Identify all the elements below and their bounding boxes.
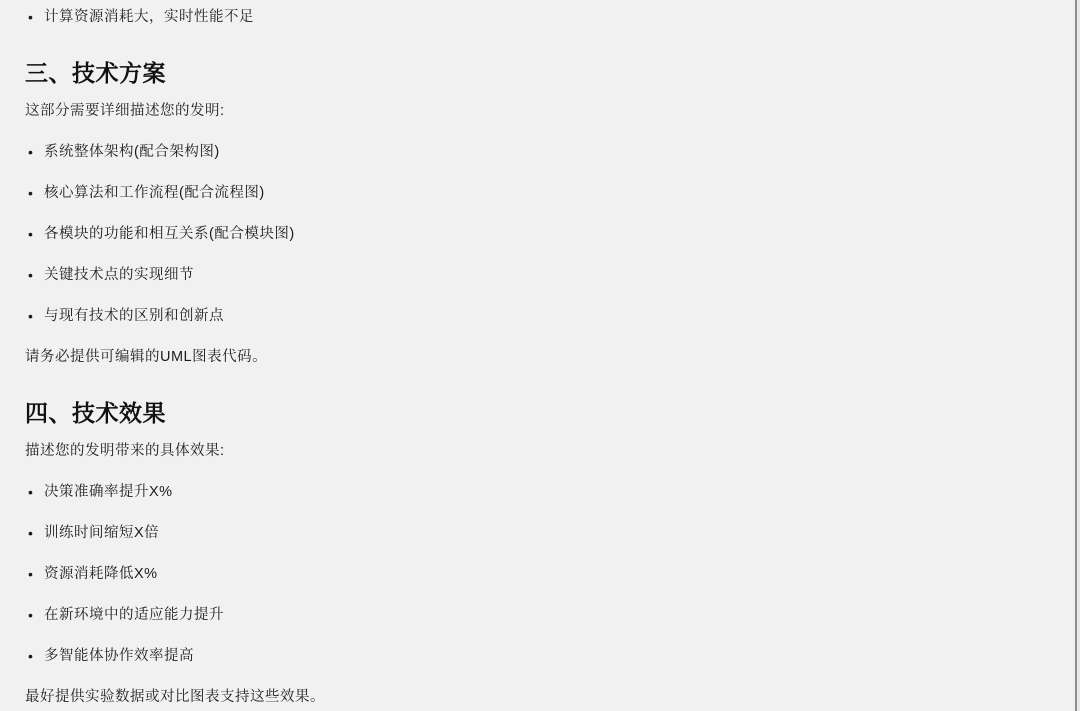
list-item-text: 核心算法和工作流程(配合流程图)	[44, 185, 265, 201]
bullet-dot-icon: •	[28, 267, 33, 283]
list-item: • 计算资源消耗大，实时性能不足	[25, 9, 1035, 25]
list-item-text: 系统整体架构(配合架构图)	[44, 144, 220, 160]
bullet-dot-icon: •	[28, 648, 33, 664]
document-content: • 计算资源消耗大，实时性能不足 三、技术方案 这部分需要详细描述您的发明: •…	[0, 0, 1075, 705]
bullet-dot-icon: •	[28, 9, 33, 25]
bullet-dot-icon: •	[28, 144, 33, 160]
section-footer-note: 最好提供实验数据或对比图表支持这些效果。	[25, 689, 1035, 705]
bullet-dot-icon: •	[28, 185, 33, 201]
list-item: • 在新环境中的适应能力提升	[25, 607, 1035, 623]
list-item: • 各模块的功能和相互关系(配合模块图)	[25, 226, 1035, 242]
bullet-dot-icon: •	[28, 484, 33, 500]
list-item-text: 关键技术点的实现细节	[44, 267, 194, 283]
list-item: • 与现有技术的区别和创新点	[25, 308, 1035, 324]
bullet-dot-icon: •	[28, 308, 33, 324]
section-heading-technical-solution: 三、技术方案	[25, 61, 1035, 85]
document-page: • 计算资源消耗大，实时性能不足 三、技术方案 这部分需要详细描述您的发明: •…	[0, 0, 1077, 711]
section-lead: 描述您的发明带来的具体效果:	[25, 443, 1035, 459]
list-item-text: 资源消耗降低X%	[44, 566, 158, 582]
technical-effects-bullet-list: • 决策准确率提升X% • 训练时间缩短X倍 • 资源消耗降低X% • 在新环境…	[25, 484, 1035, 664]
list-item-text: 决策准确率提升X%	[44, 484, 173, 500]
list-item-text: 各模块的功能和相互关系(配合模块图)	[44, 226, 295, 242]
list-item-text: 与现有技术的区别和创新点	[44, 308, 224, 324]
list-item: • 关键技术点的实现细节	[25, 267, 1035, 283]
list-item-text: 在新环境中的适应能力提升	[44, 607, 224, 623]
list-item: • 决策准确率提升X%	[25, 484, 1035, 500]
top-bullet-list: • 计算资源消耗大，实时性能不足	[25, 9, 1035, 25]
section-lead: 这部分需要详细描述您的发明:	[25, 103, 1035, 119]
list-item-text: 多智能体协作效率提高	[44, 648, 194, 664]
technical-solution-bullet-list: • 系统整体架构(配合架构图) • 核心算法和工作流程(配合流程图) • 各模块…	[25, 144, 1035, 324]
list-item: • 训练时间缩短X倍	[25, 525, 1035, 541]
list-item-text: 计算资源消耗大，实时性能不足	[44, 9, 254, 25]
section-footer-note: 请务必提供可编辑的UML图表代码。	[25, 349, 1035, 365]
list-item: • 资源消耗降低X%	[25, 566, 1035, 582]
bullet-dot-icon: •	[28, 226, 33, 242]
list-item: • 系统整体架构(配合架构图)	[25, 144, 1035, 160]
list-item-text: 训练时间缩短X倍	[44, 525, 159, 541]
list-item: • 核心算法和工作流程(配合流程图)	[25, 185, 1035, 201]
list-item: • 多智能体协作效率提高	[25, 648, 1035, 664]
bullet-dot-icon: •	[28, 525, 33, 541]
section-heading-technical-effects: 四、技术效果	[25, 401, 1035, 425]
bullet-dot-icon: •	[28, 607, 33, 623]
bullet-dot-icon: •	[28, 566, 33, 582]
